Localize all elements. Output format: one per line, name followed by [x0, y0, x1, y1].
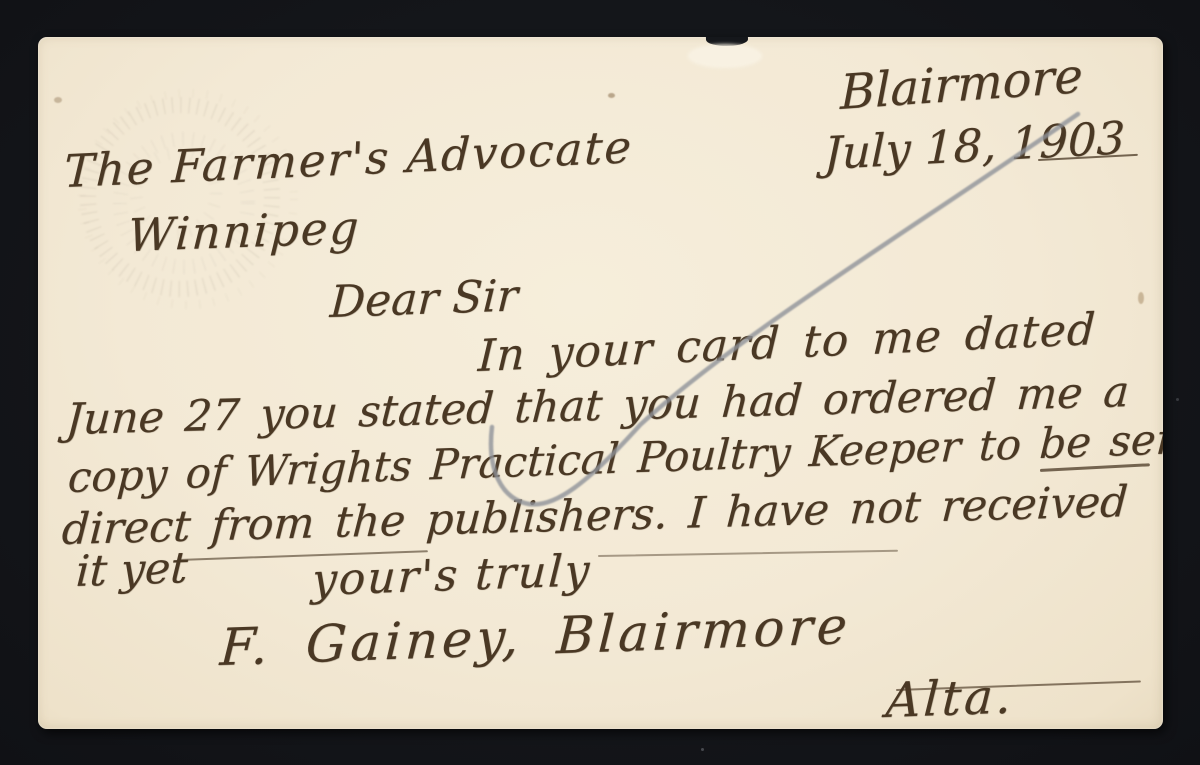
postcard: Blairmore July 18, 1903 The Farmer's Adv… [38, 37, 1163, 729]
closing: your's truly [311, 549, 593, 603]
signature-name: F. Gainey, Blairmore [219, 601, 853, 674]
signature-region: Alta. [885, 672, 1016, 725]
dateline-date: July 18, 1903 [824, 115, 1126, 176]
body-line-5: it yet [75, 547, 189, 594]
dust-speck [701, 748, 704, 751]
recipient-name: The Farmer's Advocate [63, 124, 634, 194]
recipient-city: Winnipeg [127, 205, 362, 258]
paper-speck [54, 97, 62, 103]
salutation: Dear Sir [329, 274, 519, 325]
dateline-place: Blairmore [840, 52, 1083, 117]
paper-speck [608, 93, 615, 98]
ink-stroke-truly-crossbar [598, 550, 898, 557]
paper-speck [1138, 292, 1144, 304]
paper-scuff [688, 44, 762, 68]
dust-speck [1176, 398, 1179, 401]
body-line-1: In your card to me dated [477, 308, 1097, 379]
scan-backdrop: Blairmore July 18, 1903 The Farmer's Adv… [0, 0, 1200, 765]
